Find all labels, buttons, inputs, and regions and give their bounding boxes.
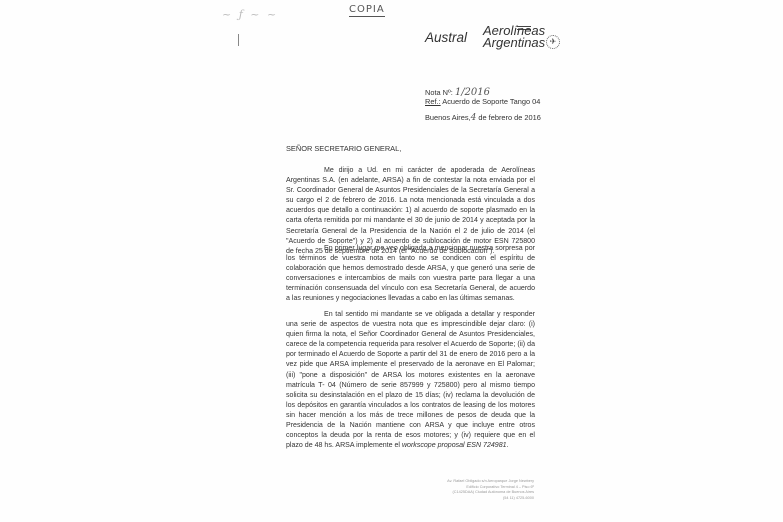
paragraph-main: En tal sentido mi mandante se ve obligad… xyxy=(286,311,535,449)
footer-line: (C1425DAA) Ciudad Autónoma de Buenos Air… xyxy=(444,490,534,496)
aerolineas-argentinas-logo: Aerolíneas Argentinas xyxy=(483,25,545,49)
handwritten-scribble: ~ ƒ ~ ~ xyxy=(222,8,278,21)
paragraph-text: En primer lugar me veo obligada a mencio… xyxy=(286,244,535,305)
austral-logo: Austral xyxy=(425,30,467,45)
footer-line: Av. Rafael Obligado s/n Aeroparque Jorge… xyxy=(444,479,534,485)
condor-emblem-icon: ✈ xyxy=(546,35,560,49)
salutation: SEÑOR SECRETARIO GENERAL, xyxy=(286,144,401,153)
copia-stamp: COPIA xyxy=(349,4,385,17)
footer-line: (54 11) 4725-6000 xyxy=(444,496,534,502)
body-paragraph-3: En tal sentido mi mandante se ve obligad… xyxy=(286,310,535,451)
reference-text: Acuerdo de Soporte Tango 04 xyxy=(442,97,540,106)
reference-line: Ref.: Acuerdo de Soporte Tango 04 xyxy=(425,97,540,106)
reference-label: Ref.: xyxy=(425,97,441,106)
pen-mark xyxy=(238,34,239,46)
body-paragraph-2: En primer lugar me veo obligada a mencio… xyxy=(286,244,535,305)
date-day-handwritten: 4 xyxy=(471,113,477,123)
letter-page: ~ ƒ ~ ~ COPIA Austral Aerolíneas Argenti… xyxy=(0,0,783,522)
date-place: Buenos Aires, xyxy=(425,113,471,122)
date-rest: de febrero de 2016 xyxy=(478,113,540,122)
paragraph-italic-term: workscope proposal ESN 724981 xyxy=(402,442,507,449)
footer-address: Av. Rafael Obligado s/n Aeroparque Jorge… xyxy=(444,479,534,501)
paragraph-end: . xyxy=(507,442,509,449)
note-number-label: Nota Nº: xyxy=(425,88,453,97)
logo-line-2: Argentinas xyxy=(483,37,545,49)
date-line: Buenos Aires,4 de febrero de 2016 xyxy=(425,113,541,123)
paragraph-text: En tal sentido mi mandante se ve obligad… xyxy=(286,310,535,451)
